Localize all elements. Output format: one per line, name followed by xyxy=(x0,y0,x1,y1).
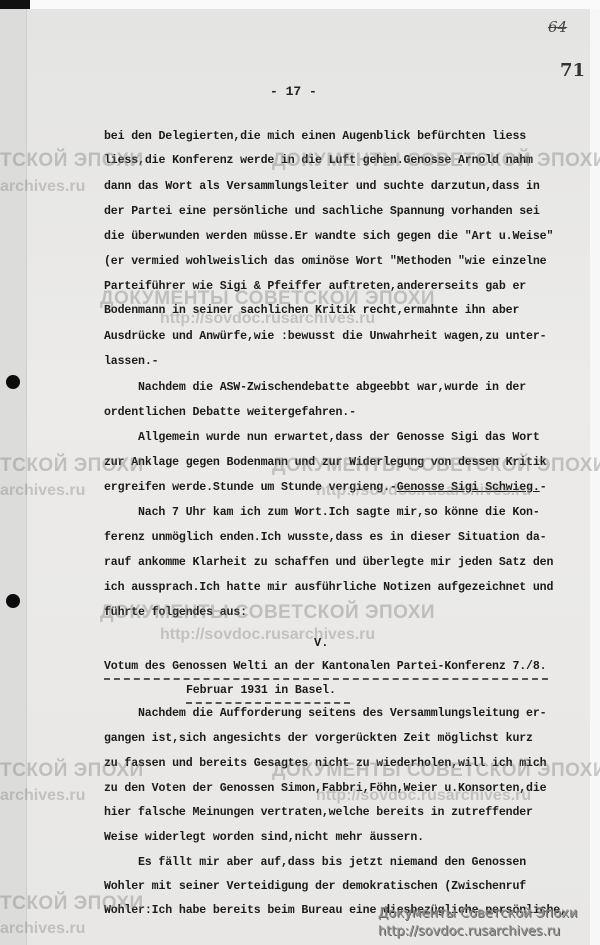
punch-hole-icon xyxy=(6,375,20,389)
scan-corner xyxy=(0,0,30,9)
text-line: Allgemein wurde nun erwartet,dass der Ge… xyxy=(138,431,540,444)
text-line: Wohler mit seiner Verteidigung der demok… xyxy=(104,880,526,893)
text-line: ich aussprach.Ich hatte mir ausführliche… xyxy=(104,581,553,594)
double-underline-rule xyxy=(186,702,350,704)
section-title-line: Votum des Genossen Welti an der Kantonal… xyxy=(104,660,546,673)
text-line: lassen.- xyxy=(104,355,158,368)
section-title-line: Februar 1931 in Basel. xyxy=(186,684,336,697)
handwritten-folio: 71 xyxy=(560,60,585,81)
watermark-url: http://sovdoc.rusarchives.ru xyxy=(316,787,531,805)
punch-hole-icon xyxy=(6,594,20,608)
text-line: Es fällt mir aber auf,dass bis jetzt nie… xyxy=(138,856,526,869)
watermark-url: archives.ru xyxy=(0,482,85,500)
watermark-title: ДОКУМЕНТЫ СОВЕТСКОЙ ЭПОХИ xyxy=(100,602,435,624)
text-line: ordentlichen Debatte weitergefahren.- xyxy=(104,406,356,419)
text-line: der Partei eine persönliche und sachlich… xyxy=(104,205,540,218)
double-underline-rule xyxy=(104,678,548,680)
watermark-title: ТСКОЙ ЭПОХИ xyxy=(0,455,144,477)
watermark-title: ДОКУМЕНТЫ СОВЕТСКОЙ ЭПОХИ xyxy=(272,150,600,172)
watermark-url: archives.ru xyxy=(0,178,85,196)
text-fragment: - xyxy=(540,481,547,494)
watermark-title: ДОКУМЕНТЫ СОВЕТСКОЙ ЭПОХИ xyxy=(100,288,435,310)
top-edge xyxy=(0,0,600,9)
watermark-title: ТСКОЙ ЭПОХИ xyxy=(0,893,144,915)
text-line: Nach 7 Uhr kam ich zum Wort.Ich sagte mi… xyxy=(138,506,540,519)
text-line: Ausdrücke und Anwürfe,wie :bewusst die U… xyxy=(104,330,546,343)
text-line: gangen ist,sich angesichts der vorgerück… xyxy=(104,732,533,745)
watermark-title: ДОКУМЕНТЫ СОВЕТСКОЙ ЭПОХИ xyxy=(272,455,600,477)
page-number: - 17 - xyxy=(270,84,317,99)
text-line: die überwunden werden müsse.Er wandte si… xyxy=(104,230,553,243)
text-line: ferenz unmöglich enden.Ich wusste,dass e… xyxy=(104,531,546,544)
footer-watermark-url: http://sovdoc.rusarchives.ru xyxy=(378,924,560,939)
watermark-url: archives.ru xyxy=(0,920,85,938)
watermark-url: http://sovdoc.rusarchives.ru xyxy=(160,626,375,644)
text-line: hier falsche Meinungen vertraten,welche … xyxy=(104,806,533,819)
watermark-url: http://sovdoc.rusarchives.ru xyxy=(316,482,531,500)
watermark-title: ТСКОЙ ЭПОХИ xyxy=(0,150,144,172)
watermark-url: archives.ru xyxy=(0,787,85,805)
watermark-url: http://sovdoc.rusarchives.ru xyxy=(160,310,375,328)
text-line: Weise widerlegt worden sind,nicht mehr ä… xyxy=(104,831,424,844)
watermark-title: ТСКОЙ ЭПОХИ xyxy=(0,760,144,782)
text-line: Nachdem die ASW-Zwischendebatte abgeebbt… xyxy=(138,381,526,394)
text-line: rauf ankomme Klarheit zu schaffen und üb… xyxy=(104,556,553,569)
text-line: (er vermied wohlweislich das ominöse Wor… xyxy=(104,255,546,268)
footer-watermark-title: Документы Советской Эпохи xyxy=(378,906,577,921)
text-line: bei den Delegierten,die mich einen Augen… xyxy=(104,130,526,143)
text-line: dann das Wort als Versammlungsleiter und… xyxy=(104,180,540,193)
handwritten-folio-struck: 64 xyxy=(548,18,567,36)
text-line: Nachdem die Aufforderung seitens des Ver… xyxy=(138,707,546,720)
watermark-title: ДОКУМЕНТЫ СОВЕТСКОЙ ЭПОХИ xyxy=(272,760,600,782)
